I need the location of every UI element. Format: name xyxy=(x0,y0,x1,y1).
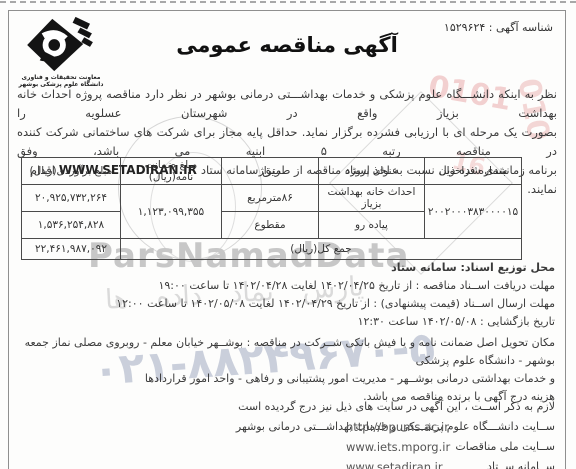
cell-call-number: ۲۰۰۲۰۰۰۳۸۳۰۰۰۰۱۵ xyxy=(425,185,522,239)
page-title: آگهی مناقصه عمومی xyxy=(9,33,565,57)
submit-deadline: مهلت ارسال اســناد (قیمت پیشنهادی) : از … xyxy=(17,295,555,313)
receive-deadline: مهلت دریافت اســناد مناقصه : از تاریخ ۱۴… xyxy=(17,277,555,295)
cell-guarantee: ۱,۱۲۳,۰۹۹,۳۵۵ xyxy=(121,185,222,239)
intro-line-2: بصورت یک مرحله ای با ارزیابی فشرده برگزا… xyxy=(17,123,557,161)
cell-project-1: احداث خانه بهداشت بزیاز xyxy=(319,185,425,212)
table-total-row: جمع کل(ریال) ۲۲,۴۶۱,۹۸۷,۰۹۲ xyxy=(22,239,522,260)
table-header-row: شماره فراخوان عنوان پروژه متراژ مبلغ ضما… xyxy=(22,158,522,185)
tender-table: شماره فراخوان عنوان پروژه متراژ مبلغ ضما… xyxy=(21,157,522,260)
delivery-location-line2: و خدمات بهداشتی درمانی بوشــهر - مدیریت … xyxy=(17,370,555,388)
table-row: ۲۰۰۲۰۰۰۳۸۳۰۰۰۰۱۵ احداث خانه بهداشت بزیاز… xyxy=(22,185,522,212)
cell-estimate-2: ۱,۵۳۶,۲۵۴,۸۲۸ xyxy=(22,212,121,239)
site-row-university: ســایت دانشـــگاه علوم پزشـــکی و خدمات … xyxy=(17,417,555,437)
distribution-location: محل توزیع اسناد: سامانه ستاد xyxy=(17,259,555,277)
cell-estimate-1: ۲۰,۹۲۵,۷۳۲,۲۶۴ xyxy=(22,185,121,212)
document-frame: معاونت تحقیقات و فناوری دانشگاه علوم پزش… xyxy=(8,10,566,469)
site-url: http://bpums.ac.ir xyxy=(346,417,449,437)
header-estimate-amount: مبلغ برآوردی(ریال) xyxy=(22,158,121,185)
site-row-national-tenders: ســایت ملی مناقصات www.iets.mporg.ir xyxy=(17,437,555,457)
site-row-setad: ســامانه ســتاد www.setadiran.ir xyxy=(17,457,555,469)
details-section: محل توزیع اسناد: سامانه ستاد مهلت دریافت… xyxy=(17,259,555,406)
header-call-number: شماره فراخوان xyxy=(425,158,522,185)
cell-area-2: مقطوع xyxy=(222,212,319,239)
delivery-location-line1: مکان تحویل اصل ضمانت نامه و یا فیش بانکی… xyxy=(17,334,555,370)
site-url: www.iets.mporg.ir xyxy=(346,437,450,457)
tender-announcement-page: 0101 010 16 ParsNamadData پارس نماد داده… xyxy=(0,0,576,469)
footer-note: لازم به ذکر اســت ، این آگهی در سایت های… xyxy=(17,397,555,417)
top-dashed-divider xyxy=(0,1,576,3)
site-label: ســامانه ســتاد xyxy=(487,460,555,469)
cell-total-label: جمع کل(ریال) xyxy=(121,239,522,260)
footer-note-text: لازم به ذکر اســت ، این آگهی در سایت های… xyxy=(238,400,555,413)
opening-date: تاریخ بازگشایی : ۱۴۰۲/۰۵/۰۸ ساعت ۱۲:۳۰ xyxy=(17,313,555,331)
site-label: ســایت ملی مناقصات xyxy=(455,440,555,453)
site-url: www.setadiran.ir xyxy=(346,457,443,469)
intro-line-1: نظر به اینکه دانشـــگاه علوم پزشکی و خدم… xyxy=(17,85,557,123)
logo-caption-line1: معاونت تحقیقات و فناوری xyxy=(9,74,113,81)
header-project-title: عنوان پروژه xyxy=(319,158,425,185)
cell-total-value: ۲۲,۴۶۱,۹۸۷,۰۹۲ xyxy=(22,239,121,260)
footer-sites-section: لازم به ذکر اســت ، این آگهی در سایت های… xyxy=(17,397,555,469)
cell-area-1: ۸۶مترمربع xyxy=(222,185,319,212)
header-area: متراژ xyxy=(222,158,319,185)
cell-project-2: پیاده رو xyxy=(319,212,425,239)
header-guarantee-amount: مبلغ ضمانت نامه(ریال) xyxy=(121,158,222,185)
